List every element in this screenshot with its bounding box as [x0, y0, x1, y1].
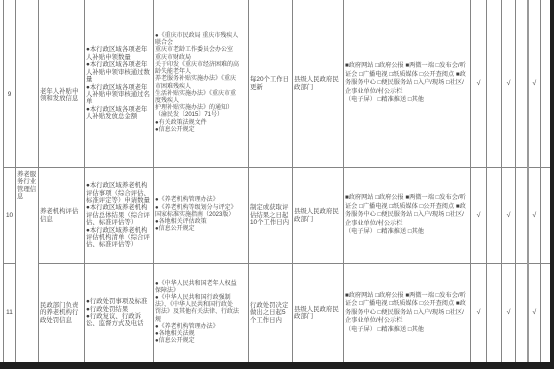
check-cell: [541, 168, 551, 264]
content-cell: ●本行政区域养老机构评估事项（综合评估、标准评定等）申请数量 ●本行政区域养老机…: [85, 168, 154, 264]
check-cell: [541, 0, 551, 168]
item-cell: 民政部门负责的养老机构行政处罚信息: [39, 264, 85, 363]
page-edge-bottom: [0, 362, 554, 369]
check-cell: [541, 264, 551, 363]
page-edge-right: [550, 0, 554, 369]
check-cell: √: [502, 264, 516, 363]
table-row: 9 老年人补贴申领和发放信息 ●本行政区域各项老年人补贴申领数量 ●本行政区域各…: [4, 0, 551, 168]
disclosure-directory-table: 9 老年人补贴申领和发放信息 ●本行政区域各项老年人补贴申领数量 ●本行政区域各…: [3, 0, 551, 363]
table-row: 11 民政部门负责的养老机构行政处罚信息 ●行政处罚事项及标准 ●行政处罚结果 …: [4, 264, 551, 363]
check-cell: [516, 0, 528, 168]
check-cell: √: [471, 168, 487, 264]
check-cell: √: [528, 0, 541, 168]
subject-cell: 县级人民政府民政部门: [293, 168, 344, 264]
time-limit-cell: 行政处罚决定做出之日起5个工作日内: [249, 264, 293, 363]
category-cell: 养老服务行业管理信息: [16, 168, 39, 363]
check-cell: √: [502, 0, 516, 168]
check-cell: √: [528, 264, 541, 363]
seq-cell: 10: [4, 168, 16, 264]
content-cell: ●行政处罚事项及标准 ●行政处罚结果 ●行政复议、行政诉讼、监督方式及电话: [85, 264, 154, 363]
check-cell: √: [502, 168, 516, 264]
basis-cell: ●《重庆市民政局 重庆市残疾人 联合会 重庆市老龄工作委员会办公室 重庆市财政局…: [154, 0, 249, 168]
check-cell: [487, 264, 502, 363]
channels-cell: ■政府网站 □政府公报 ■两微一端 □发布会/听证会 □广播电视 □纸质媒体 □…: [344, 168, 471, 264]
check-cell: √: [471, 0, 487, 168]
check-cell: [516, 168, 528, 264]
subject-cell: 县级人民政府民政部门: [293, 264, 344, 363]
basis-cell: ●《中华人民共和国老年人权益 保障法》 ●《中华人民共和国行政强制 法》、《中华…: [154, 264, 249, 363]
check-cell: √: [528, 168, 541, 264]
time-limit-cell: 制定或获取评估结果之日起10个工作日内: [249, 168, 293, 264]
check-cell: [487, 0, 502, 168]
category-cell: [16, 0, 39, 168]
seq-cell: 11: [4, 264, 16, 363]
item-cell: 老年人补贴申领和发放信息: [39, 0, 85, 168]
seq-cell: 9: [4, 0, 16, 168]
document-sheet: 9 老年人补贴申领和发放信息 ●本行政区域各项老年人补贴申领数量 ●本行政区域各…: [3, 0, 551, 363]
item-cell: 养老机构评估信息: [39, 168, 85, 264]
time-limit-cell: 每20个工作日更新: [249, 0, 293, 168]
check-cell: √: [471, 264, 487, 363]
channels-cell: ■政府网站 □政府公报 ■两微一端 □发布会/听证会 □广播电视 □纸质媒体 □…: [344, 0, 471, 168]
check-cell: [516, 264, 528, 363]
content-cell: ●本行政区域各项老年人补贴申领数量 ●本行政区域各项老年人补贴申领审核通过数量 …: [85, 0, 154, 168]
channels-cell: ■政府网站 □政府公报 ■两微一端 □发布会/听证会 □广播电视 □纸质媒体 □…: [344, 264, 471, 363]
table-row: 10 养老服务行业管理信息 养老机构评估信息 ●本行政区域养老机构评估事项（综合…: [4, 168, 551, 264]
subject-cell: 县级人民政府民政部门: [293, 0, 344, 168]
check-cell: [487, 168, 502, 264]
basis-cell: ●《养老机构管理办法》 ●《养老机构等级划分与评定》 国家标准实施指南（2023…: [154, 168, 249, 264]
